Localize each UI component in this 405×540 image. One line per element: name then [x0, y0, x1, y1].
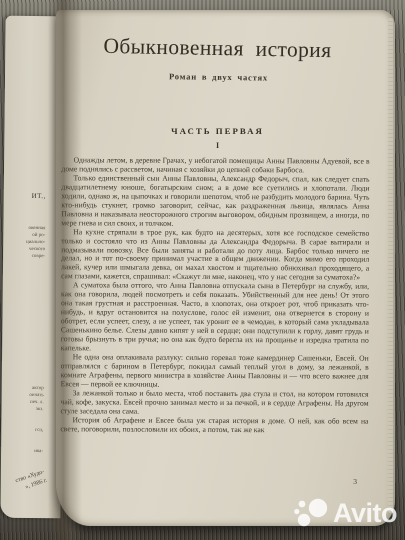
watermark-text: Avito — [333, 498, 397, 528]
book-subtitle: Роман в двух частях — [56, 70, 395, 85]
photo-of-book: ИТ., овенная ой ро- циально- ческого сов… — [0, 0, 405, 540]
facing-page-annotation-fragment: овенная ой ро- циально- ческого совре- — [26, 226, 46, 261]
avito-logo-icon — [294, 496, 330, 530]
book-title: Обыкновенная история — [62, 33, 373, 64]
chapter-numeral: I — [56, 141, 395, 150]
page-number: 3 — [353, 477, 357, 486]
facing-page-text-fragment: ИТ., — [32, 192, 46, 200]
facing-page-imprint-fragment: ива- — [34, 449, 43, 456]
paragraph: На кухне стряпали в трое рук, как будто … — [61, 228, 369, 283]
part-heading: ЧАСТЬ ПЕРВАЯ — [56, 126, 395, 136]
paragraph: Только единственный сын Анны Павловны, А… — [61, 174, 369, 229]
body-text: Однажды летом, в деревне Грачах, у небог… — [55, 156, 395, 435]
avito-watermark: Avito A — [294, 496, 405, 530]
paragraph: История об Аграфене и Евсее была уж стар… — [60, 416, 368, 435]
paragraph: Не одна она оплакивала разлуку: сильно г… — [61, 353, 369, 390]
paragraph: А суматоха была оттого, что Анна Павловн… — [61, 282, 369, 355]
publisher-imprint-fragment: ство «Худо- », 1986 г. — [14, 468, 48, 495]
book-page: Обыкновенная история Роман в двух частях… — [56, 10, 395, 526]
facing-page-imprint-fragment: гсп, — [35, 428, 43, 435]
facing-page-imprint-fragment: актор ончать печ. л. экз. — [29, 386, 44, 414]
paragraph: За лежанкой только и было места, чтоб по… — [60, 389, 368, 417]
